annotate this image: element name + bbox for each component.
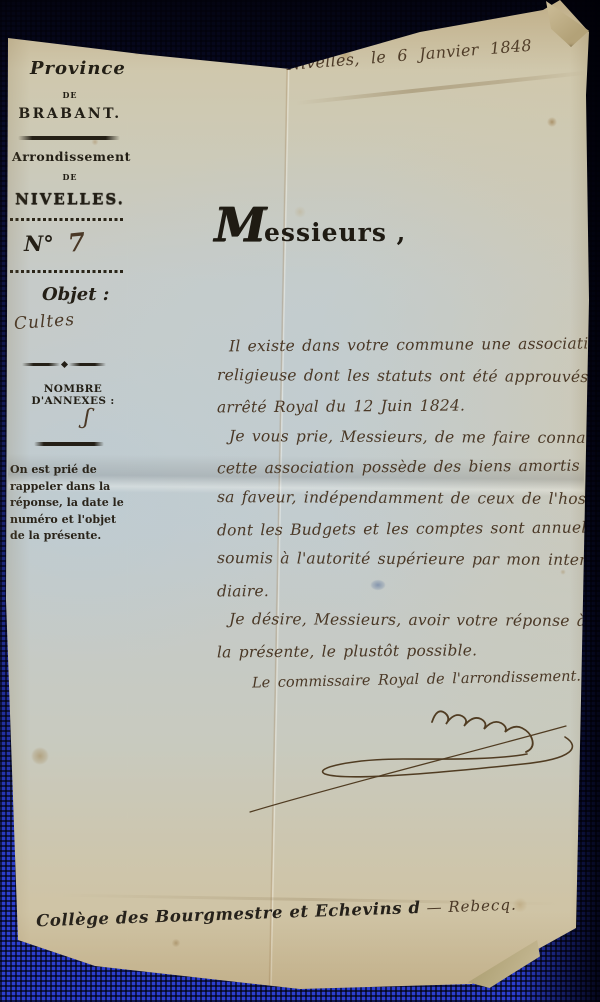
swelled-rule <box>18 136 120 140</box>
salutation: Messieurs , <box>214 202 406 249</box>
body-line: Je désire, Messieurs, avoir votre répons… <box>217 610 583 643</box>
letterhead-nivelles: NIVELLES. <box>12 190 128 208</box>
body-line: cette association possède des biens amor… <box>217 457 583 490</box>
reply-reminder-note: On est prié de rappeler dans la réponse,… <box>10 462 134 545</box>
dotted-rule <box>10 218 124 221</box>
numero-line: N°7 <box>24 228 85 257</box>
numero-label: N° <box>24 231 54 256</box>
annexes-label: NOMBRE D'ANNEXES : <box>8 383 138 407</box>
signature-flourish <box>222 690 582 825</box>
dotted-rule <box>10 270 124 273</box>
ornate-initial: M <box>214 198 264 253</box>
footer-printed-text: Collège des Bourgmestre et Echevins d <box>36 898 421 930</box>
body-line: sa faveur, indépendamment de ceux de l'h… <box>217 488 583 521</box>
body-line: religieuse dont les statuts ont été appr… <box>217 366 583 399</box>
body-line: arrêté Royal du 12 Juin 1824. <box>217 396 583 429</box>
body-line: dont les Budgets et les comptes sont ann… <box>217 518 583 551</box>
body-line: diaire. <box>217 579 583 612</box>
numero-value-handwritten: 7 <box>66 227 86 258</box>
footer-handwritten-commune: — Rebecq. <box>426 896 517 917</box>
body-line: Il existe dans votre commune une associa… <box>217 335 583 368</box>
letterhead-de: DE <box>30 172 110 182</box>
letterhead-de: DE <box>30 90 110 100</box>
letterhead-brabant: BRABANT. <box>18 106 122 122</box>
body-line: Je vous prie, Messieurs, de me faire con… <box>217 427 583 460</box>
letter-paper: Province DE BRABANT. Arrondissement DE N… <box>0 0 600 1002</box>
swelled-rule <box>34 442 104 446</box>
diamond-ornament <box>60 361 67 368</box>
letterhead-province: Province <box>30 58 110 79</box>
top-fold-crease <box>296 71 587 106</box>
footer-line: Collège des Bourgmestre et Echevins d— R… <box>36 895 517 931</box>
letterhead-arrondissement: Arrondissement <box>12 149 128 164</box>
objet-label: Objet : <box>42 284 109 305</box>
annexes-value-handwritten: ʃ <box>82 405 91 431</box>
objet-value-handwritten: Cultes <box>13 310 75 334</box>
photograph-of-letter: Province DE BRABANT. Arrondissement DE N… <box>0 0 600 1002</box>
letter-body: Il existe dans votre commune une associa… <box>217 336 583 673</box>
ornament-rule <box>22 362 106 367</box>
body-line: soumis à l'autorité supérieure par mon i… <box>217 549 583 582</box>
